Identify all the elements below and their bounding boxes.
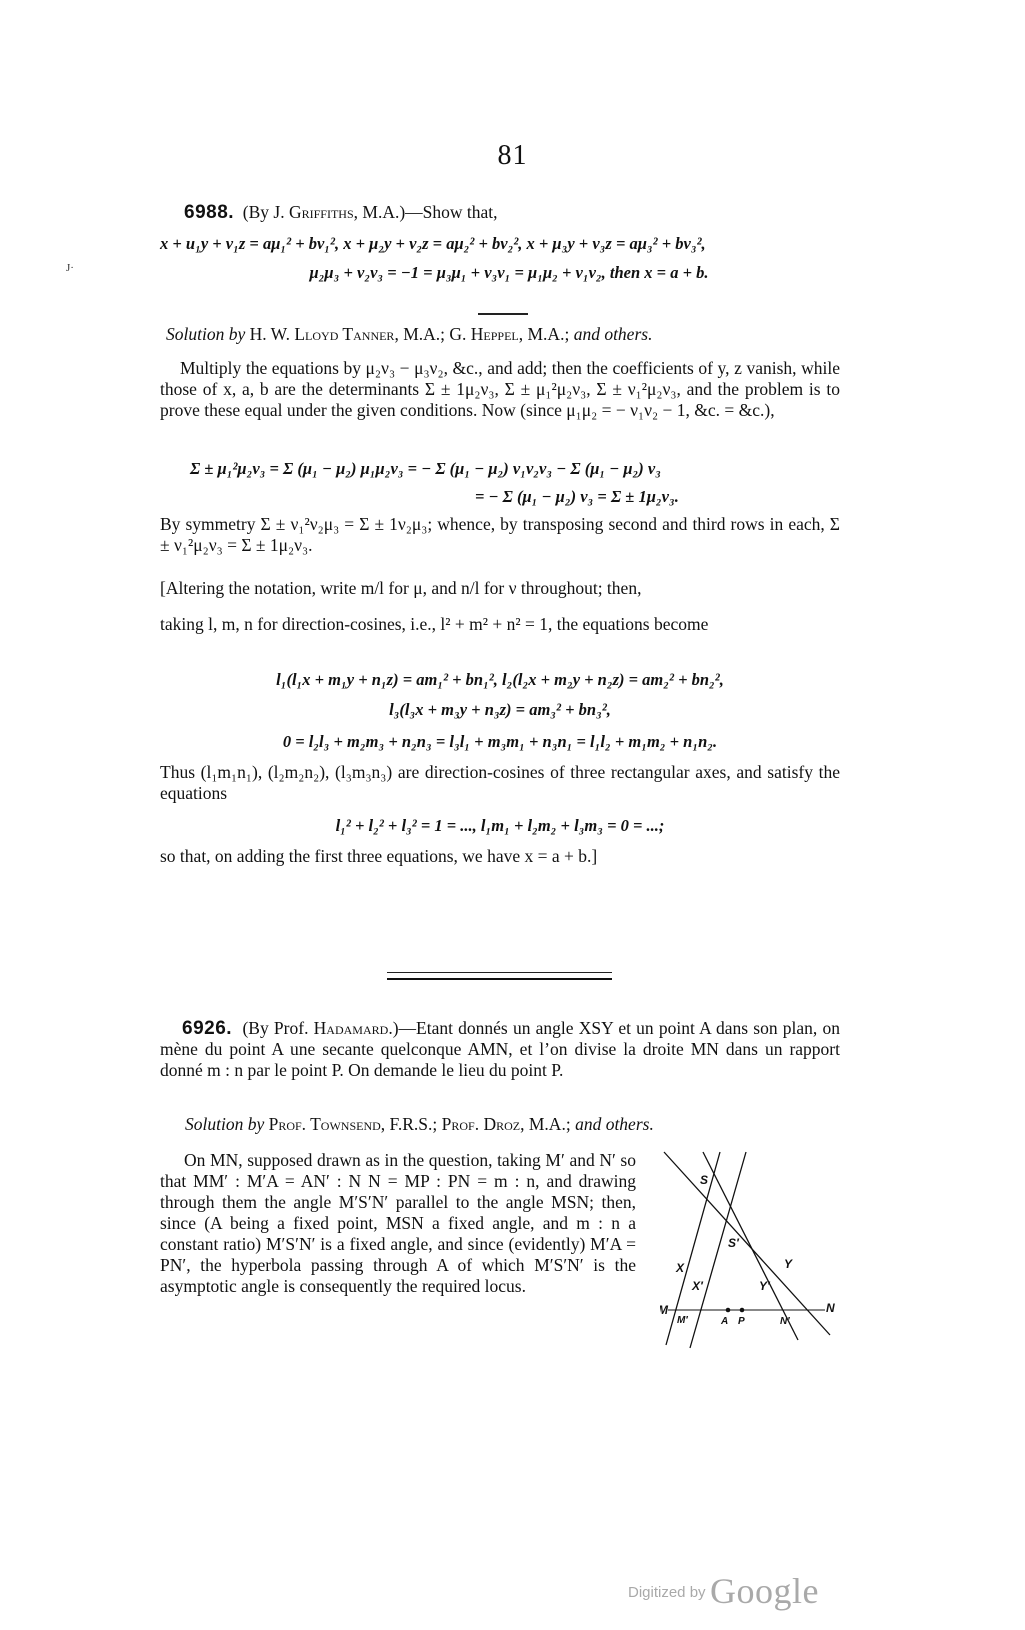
- label-X-prime: X′: [691, 1279, 704, 1293]
- solution-paragraph: [Altering the notation, write m/l for μ,…: [160, 578, 840, 599]
- label-X: X: [675, 1261, 685, 1275]
- display-equation: 0 = l₂l₃ + m₂m₃ + n₂n₃ = l₃l₁ + m₃m₁ + n…: [160, 731, 840, 752]
- label-M: M: [660, 1303, 669, 1317]
- solvers: H. W. Lloyd Tanner, M.A.; G. Heppel, M.A…: [250, 324, 570, 344]
- label-Y: Y: [784, 1257, 793, 1271]
- solution-paragraph: On MN, supposed drawn as in the question…: [160, 1150, 636, 1297]
- section-divider: [478, 313, 528, 315]
- margin-mark: J·: [66, 262, 74, 274]
- solution-paragraph: taking l, m, n for direction-cosines, i.…: [160, 614, 840, 635]
- double-rule-divider: [387, 972, 612, 980]
- author-name: Hadamard: [314, 1018, 389, 1038]
- label-S: S: [700, 1173, 708, 1187]
- display-equation: l₁(l₁x + m₁y + n₁z) = am₁² + bn₁², l₂(l₂…: [160, 669, 840, 690]
- label-A: A: [720, 1316, 728, 1327]
- problem-6926-statement: 6926. (By Prof. Hadamard.)—Etant donnés …: [160, 1018, 840, 1081]
- solution-heading: Solution by H. W. Lloyd Tanner, M.A.; G.…: [166, 324, 852, 345]
- geometry-figure: S S′ X X′ Y Y′ M M′ A P N′ N: [660, 1150, 840, 1350]
- digitized-by-google-watermark: Digitized by Google: [628, 1570, 819, 1612]
- page-number: 81: [0, 140, 1025, 172]
- display-equation: Σ ± μ₁²μ₂ν₃ = Σ (μ₁ − μ₂) μ₁μ₂ν₃ = − Σ (…: [190, 458, 850, 479]
- display-equation: l₁² + l₂² + l₃² = 1 = ..., l₁m₁ + l₂m₂ +…: [160, 815, 840, 836]
- solution-paragraph: Thus (l₁m₁n₁), (l₂m₂n₂), (l₃m₃n₃) are di…: [160, 762, 840, 804]
- display-equation: l₃(l₃x + m₃y + n₃z) = am₃² + bn₃²,: [160, 699, 840, 720]
- author-name: Griffiths: [289, 202, 354, 222]
- solution-paragraph: By symmetry Σ ± ν₁²ν₂μ₃ = Σ ± 1ν₂μ₃; whe…: [160, 514, 840, 556]
- problem-number: 6926.: [182, 1018, 232, 1039]
- label-M-prime: M′: [677, 1315, 688, 1326]
- equation-line: μ₂μ₃ + ν₂ν₃ = −1 = μ₃μ₁ + ν₃ν₁ = μ₁μ₂ + …: [166, 262, 852, 283]
- problem-number: 6988.: [184, 202, 234, 223]
- equation-line: x + u₁y + ν₁z = aμ₁² + bν₁², x + μ₂y + ν…: [160, 233, 852, 254]
- digitized-by-text: Digitized by: [628, 1584, 706, 1601]
- solvers: Prof. Townsend, F.R.S.; Prof. Droz, M.A.…: [269, 1114, 571, 1134]
- solution-heading: Solution by Prof. Townsend, F.R.S.; Prof…: [185, 1114, 845, 1135]
- label-S-prime: S′: [728, 1236, 740, 1250]
- solution-paragraph: so that, on adding the first three equat…: [160, 846, 840, 867]
- label-N-prime: N′: [780, 1316, 790, 1327]
- label-N: N: [826, 1301, 835, 1315]
- google-logo-text: Google: [710, 1571, 819, 1611]
- solution-paragraph: Multiply the equations by μ₂ν₃ − μ₃ν₂, &…: [160, 358, 840, 421]
- problem-6988-statement: 6988. (By J. Griffiths, M.A.)—Show that,: [166, 202, 852, 223]
- asymptote-diagram: S S′ X X′ Y Y′ M M′ A P N′ N: [660, 1150, 840, 1350]
- display-equation: = − Σ (μ₁ − μ₂) ν₃ = Σ ± 1μ₂ν₃.: [475, 486, 855, 507]
- label-Y-prime: Y′: [759, 1279, 771, 1293]
- label-P: P: [738, 1316, 745, 1327]
